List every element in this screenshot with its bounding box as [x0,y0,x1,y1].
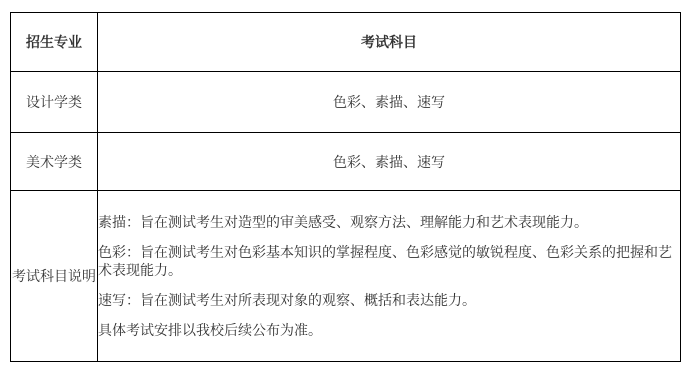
table-header-row: 招生专业 考试科目 [11,13,681,72]
table-row-fine-arts: 美术学类 色彩、素描、速写 [11,133,681,191]
major-cell-design: 设计学类 [11,72,98,133]
note-paragraph-quick-sketch: 速写：旨在测试考生对所表现对象的观察、概括和表达能力。 [98,291,680,309]
subjects-cell-fine-arts: 色彩、素描、速写 [98,133,681,191]
exam-subjects-table: 招生专业 考试科目 设计学类 色彩、素描、速写 美术学类 色彩、素描、速写 考试… [10,12,681,362]
header-cell-subjects: 考试科目 [98,13,681,72]
note-paragraph-sketch: 素描：旨在测试考生对造型的审美感受、观察方法、理解能力和艺术表现能力。 [98,213,680,231]
header-cell-major: 招生专业 [11,13,98,72]
table-row-notes: 考试科目说明 素描：旨在测试考生对造型的审美感受、观察方法、理解能力和艺术表现能… [11,191,681,362]
subjects-cell-design: 色彩、素描、速写 [98,72,681,133]
table-row-design: 设计学类 色彩、素描、速写 [11,72,681,133]
note-paragraph-schedule: 具体考试安排以我校后续公布为准。 [98,321,680,339]
page: 招生专业 考试科目 设计学类 色彩、素描、速写 美术学类 色彩、素描、速写 考试… [0,0,688,369]
note-label-cell: 考试科目说明 [11,191,98,362]
major-cell-fine-arts: 美术学类 [11,133,98,191]
note-body-cell: 素描：旨在测试考生对造型的审美感受、观察方法、理解能力和艺术表现能力。 色彩：旨… [98,191,681,362]
note-paragraph-color: 色彩：旨在测试考生对色彩基本知识的掌握程度、色彩感觉的敏锐程度、色彩关系的把握和… [98,243,680,279]
